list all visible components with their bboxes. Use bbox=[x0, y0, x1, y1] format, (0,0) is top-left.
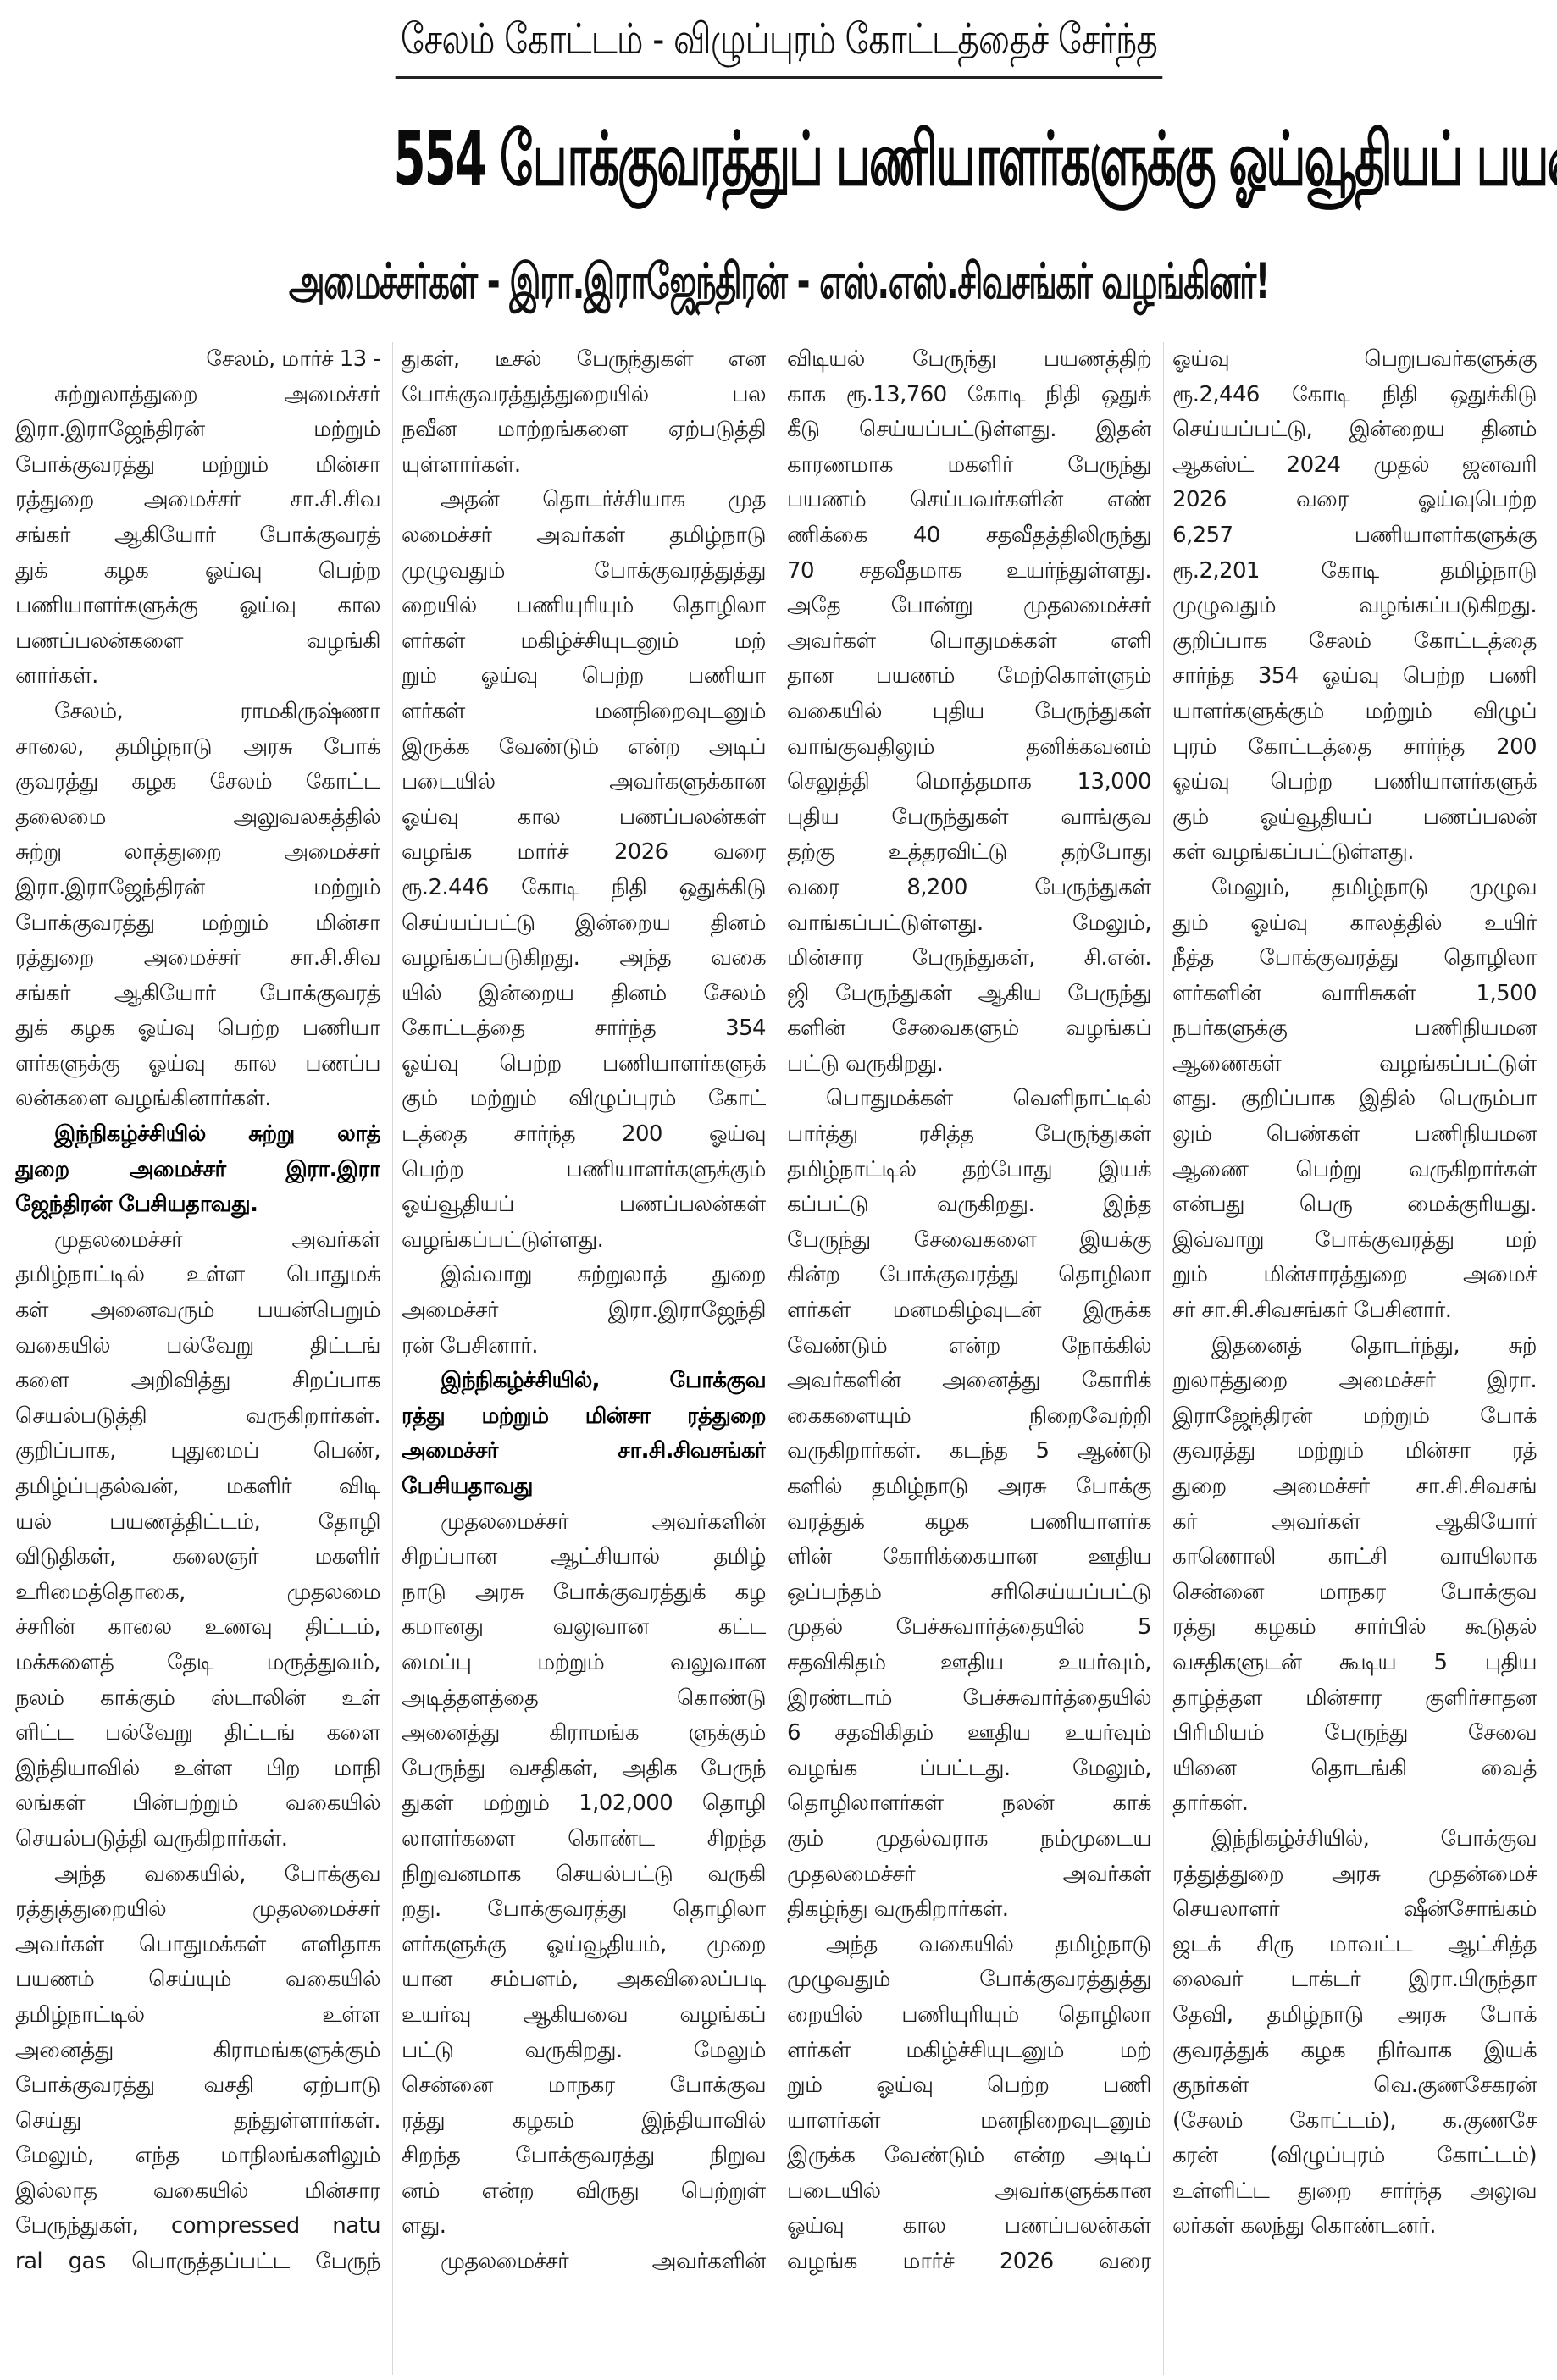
article-text-line: பேருந்து சேவைகளை இயக்கு bbox=[787, 1223, 1151, 1259]
article-text-line: மின்சார பேருந்துகள், சி.என். bbox=[787, 941, 1151, 977]
headline-container: 554 போக்குவரத்துப் பணியாளர்களுக்கு ஓய்வூ… bbox=[0, 100, 1557, 219]
article-text-line: இருக்க வேண்டும் என்ற அடிப் bbox=[402, 730, 766, 766]
article-text-line: பெற்ற பணியாளர்களுக்கும் bbox=[402, 1153, 766, 1188]
article-text-line: ளது. bbox=[402, 2209, 766, 2244]
article-text-line: றுலாத்துறை அமைச்சர் இரா. bbox=[1172, 1364, 1537, 1399]
article-text-line: தார்கள். bbox=[1172, 1786, 1537, 1822]
article-text-line: இந்தியாவில் உள்ள பிற மாநி bbox=[15, 1752, 380, 1787]
article-text-line: இவ்வாறு போக்குவரத்து மற் bbox=[1172, 1223, 1537, 1259]
article-text-line: முதல் பேச்சுவார்த்தையில் 5 bbox=[787, 1610, 1151, 1646]
article-body: சேலம், மார்ச் 13 -சுற்றுலாத்துறை அமைச்சர… bbox=[7, 342, 1550, 2375]
article-text-line: வகையில் புதிய பேருந்துகள் bbox=[787, 695, 1151, 730]
article-text-line: மைப்பு மற்றும் வலுவான bbox=[402, 1646, 766, 1681]
article-text-line: ணிக்கை 40 சதவீதத்திலிருந்து bbox=[787, 518, 1151, 554]
article-text-line: துகள் மற்றும் 1,02,000 தொழி bbox=[402, 1786, 766, 1822]
article-text-line: முதலமைச்சர் அவர்களின் bbox=[402, 1505, 766, 1541]
article-text-line: ளர்களுக்கு ஓய்வு கால பணப்ப bbox=[15, 1047, 380, 1082]
article-text-line: லாளர்களை கொண்ட சிறந்த bbox=[402, 1822, 766, 1857]
article-text-line: ஓய்வு பெறுபவர்களுக்கு bbox=[1172, 342, 1537, 378]
article-text-line: செயலாளர் ஷீன்சோங்கம் bbox=[1172, 1892, 1537, 1928]
article-text-line: சென்னை மாநகர போக்குவ bbox=[1172, 1575, 1537, 1611]
article-text-line: அவர்கள் பொதுமக்கள் எளி bbox=[787, 624, 1151, 660]
article-text-line: ச்சரின் காலை உணவு திட்டம், bbox=[15, 1610, 380, 1646]
article-text-line: றது. போக்குவரத்து தொழிலா bbox=[402, 1892, 766, 1928]
article-text-line: துக் கழக ஓய்வு பெற்ற பணியா bbox=[15, 1011, 380, 1047]
article-text-line: லர்கள் கலந்து கொண்டனர். bbox=[1172, 2209, 1537, 2244]
article-text-line: குவரத்துக் கழக நிர்வாக இயக் bbox=[1172, 2034, 1537, 2069]
article-text-line: போக்குவரத்து வசதி ஏற்பாடு bbox=[15, 2068, 380, 2104]
article-text-line: ளர்கள் மனமகிழ்வுடன் இருக்க bbox=[787, 1293, 1151, 1329]
article-text-line: புதிய பேருந்துகள் வாங்குவ bbox=[787, 800, 1151, 836]
article-text-line: செய்யப்பட்டு இன்றைய தினம் bbox=[402, 906, 766, 942]
article-text-line: அந்த வகையில், போக்குவ bbox=[15, 1857, 380, 1893]
article-text-line: ரத்து கழகம் இந்தியாவில் bbox=[402, 2104, 766, 2139]
article-text-line: ரூ.2,446 கோடி நிதி ஒதுக்கிடு bbox=[1172, 378, 1537, 413]
article-text-line: நாடு அரசு போக்குவரத்துக் கழ bbox=[402, 1575, 766, 1611]
article-text-line: சென்னை மாநகர போக்குவ bbox=[402, 2068, 766, 2104]
article-text-line: அனைத்து கிராமங்க ளுக்கும் bbox=[402, 1716, 766, 1752]
article-text-line: கைகளையும் நிறைவேற்றி bbox=[787, 1399, 1151, 1435]
article-text-line: யினை தொடங்கி வைத் bbox=[1172, 1752, 1537, 1787]
article-text-line: முழுவதும் போக்குவரத்துத்து bbox=[402, 554, 766, 589]
article-text-line: ஆணைகள் வழங்கப்பட்டுள் bbox=[1172, 1047, 1537, 1082]
article-text-line: யாளர்களுக்கும் மற்றும் விழுப் bbox=[1172, 695, 1537, 730]
article-text-line: பட்டு வருகிறது. bbox=[787, 1047, 1151, 1082]
article-text-line: 2026 வரை ஓய்வுபெற்ற bbox=[1172, 483, 1537, 518]
article-text-line: இராஜேந்திரன் மற்றும் போக் bbox=[1172, 1399, 1537, 1435]
article-text-line: தமிழ்நாட்டில் உள்ள பொதுமக் bbox=[15, 1258, 380, 1293]
article-text-line: ரூ.2.446 கோடி நிதி ஒதுக்கிடு bbox=[402, 871, 766, 906]
article-text-line: பணியாளர்களுக்கு ஓய்வு கால bbox=[15, 589, 380, 624]
article-text-line: ளின் கோரிக்கையான ஊதிய bbox=[787, 1540, 1151, 1575]
article-text-line: ரத்து மற்றும் மின்சா ரத்துறை bbox=[402, 1399, 766, 1435]
article-text-line: ஆகஸ்ட் 2024 முதல் ஜனவரி bbox=[1172, 448, 1537, 484]
article-text-line: ஓய்வு கால பணப்பலன்கள் bbox=[402, 800, 766, 836]
article-text-line: இரண்டாம் பேச்சுவார்த்தையில் bbox=[787, 1681, 1151, 1717]
article-text-line: 6,257 பணியாளர்களுக்கு bbox=[1172, 518, 1537, 554]
article-text-line: ளர்கள் மகிழ்ச்சியுடனும் மற் bbox=[402, 624, 766, 660]
kicker-headline: சேலம் கோட்டம் - விழுப்புரம் கோட்டத்தைச் … bbox=[395, 5, 1162, 79]
article-text-line: ரத்துறை அமைச்சர் சா.சி.சிவ bbox=[15, 941, 380, 977]
article-text-line: உள்ளிட்ட துறை சார்ந்த அலுவ bbox=[1172, 2174, 1537, 2210]
article-text-line: படையில் அவர்களுக்கான bbox=[402, 765, 766, 800]
article-text-line: சுற்றுலாத்துறை அமைச்சர் bbox=[15, 378, 380, 413]
article-text-line: வரத்துக் கழக பணியாளர்க bbox=[787, 1505, 1151, 1541]
article-text-line: வழங்கப்பட்டுள்ளது. bbox=[402, 1223, 766, 1259]
article-text-line: தமிழ்நாட்டில் உள்ள bbox=[15, 1998, 380, 2034]
article-column-4: ஓய்வு பெறுபவர்களுக்குரூ.2,446 கோடி நிதி … bbox=[1163, 342, 1549, 2375]
article-text-line: சிறப்பான ஆட்சியால் தமிழ் bbox=[402, 1540, 766, 1575]
article-text-line: குறிப்பாக சேலம் கோட்டத்தை bbox=[1172, 624, 1537, 660]
article-text-line: தற்கு உத்தரவிட்டு தற்போது bbox=[787, 835, 1151, 871]
article-text-line: லமைச்சர் அவர்கள் தமிழ்நாடு bbox=[402, 518, 766, 554]
article-text-line: ரத்துறை அமைச்சர் சா.சி.சிவ bbox=[15, 483, 380, 518]
newspaper-article-page: சேலம் கோட்டம் - விழுப்புரம் கோட்டத்தைச் … bbox=[0, 0, 1557, 2380]
main-headline: 554 போக்குவரத்துப் பணியாளர்களுக்கு ஓய்வூ… bbox=[394, 100, 1557, 219]
article-text-line: இருக்க வேண்டும் என்ற அடிப் bbox=[787, 2139, 1151, 2174]
article-text-line: 70 சதவீதமாக உயர்ந்துள்ளது. bbox=[787, 554, 1151, 589]
article-text-line: நலம் காக்கும் ஸ்டாலின் உள் bbox=[15, 1681, 380, 1717]
article-text-line: இதனைத் தொடர்ந்து, சுற் bbox=[1172, 1329, 1537, 1364]
article-text-line: ளிட்ட பல்வேறு திட்டங் களை bbox=[15, 1716, 380, 1752]
article-text-line: சங்கர் ஆகியோர் போக்குவரத் bbox=[15, 977, 380, 1012]
article-text-line: முதலமைச்சர் அவர்களின் bbox=[402, 2244, 766, 2280]
article-text-line: சேலம், ராமகிருஷ்ணா bbox=[15, 695, 380, 730]
article-text-line: தமிழ்நாட்டில் தற்போது இயக் bbox=[787, 1153, 1151, 1188]
article-text-line: பட்டு வருகிறது. மேலும் bbox=[402, 2034, 766, 2069]
article-text-line: செலுத்தி மொத்தமாக 13,000 bbox=[787, 765, 1151, 800]
article-text-line: பயணம் செய்பவர்களின் எண் bbox=[787, 483, 1151, 518]
article-text-line: மேலும், எந்த மாநிலங்களிலும் bbox=[15, 2139, 380, 2174]
article-text-line: ஜேந்திரன் பேசியதாவது. bbox=[15, 1187, 380, 1223]
article-text-line: போக்குவரத்து மற்றும் மின்சா bbox=[15, 906, 380, 942]
article-column-1: சேலம், மார்ச் 13 -சுற்றுலாத்துறை அமைச்சர… bbox=[7, 342, 392, 2375]
article-text-line: யான சம்பளம், அகவிலைப்படி bbox=[402, 1962, 766, 1998]
article-text-line: ஆணை பெற்று வருகிறார்கள் bbox=[1172, 1153, 1537, 1188]
article-text-line: வழங்க மார்ச் 2026 வரை bbox=[787, 2244, 1151, 2280]
article-text-line: (சேலம் கோட்டம்), க.குணசே bbox=[1172, 2104, 1537, 2139]
article-text-line: நவீன மாற்றங்களை ஏற்படுத்தி bbox=[402, 412, 766, 448]
article-text-line: கும் மற்றும் விழுப்புரம் கோட் bbox=[402, 1082, 766, 1117]
article-text-line: இந்நிகழ்ச்சியில் சுற்று லாத் bbox=[15, 1117, 380, 1153]
article-text-line: கள் வழங்கப்பட்டுள்ளது. bbox=[1172, 835, 1537, 871]
article-text-line: துக் கழக ஓய்வு பெற்ற bbox=[15, 554, 380, 589]
article-text-line: நபர்களுக்கு பணிநியமன bbox=[1172, 1011, 1537, 1047]
article-text-line: லும் பெண்கள் பணிநியமன bbox=[1172, 1117, 1537, 1153]
article-text-line: 6 சதவிகிதம் ஊதிய உயர்வும் bbox=[787, 1716, 1151, 1752]
article-text-line: குறிப்பாக, புதுமைப் பெண், bbox=[15, 1434, 380, 1470]
article-text-line: லங்கள் பின்பற்றும் வகையில் bbox=[15, 1786, 380, 1822]
article-text-line: துகள், டீசல் பேருந்துகள் என bbox=[402, 342, 766, 378]
article-text-line: தொழிலாளர்கள் நலன் காக் bbox=[787, 1786, 1151, 1822]
article-text-line: கீடு செய்யப்பட்டுள்ளது. இதன் bbox=[787, 412, 1151, 448]
article-text-line: அதே போன்று முதலமைச்சர் bbox=[787, 589, 1151, 624]
article-text-line: அமைச்சர் சா.சி.சிவசங்கர் bbox=[402, 1434, 766, 1470]
article-text-line: அனைத்து கிராமங்களுக்கும் bbox=[15, 2034, 380, 2069]
article-text-line: குவரத்து கழக சேலம் கோட்ட bbox=[15, 765, 380, 800]
article-text-line: பிரிமியம் பேருந்து சேவை bbox=[1172, 1716, 1537, 1752]
article-text-line: லன்களை வழங்கினார்கள். bbox=[15, 1082, 380, 1117]
article-text-line: வழங்கப்படுகிறது. அந்த வகை bbox=[402, 941, 766, 977]
article-text-line: வகையில் பல்வேறு திட்டங் bbox=[15, 1329, 380, 1364]
article-text-line: வசதிகளுடன் கூடிய 5 புதிய bbox=[1172, 1646, 1537, 1681]
article-text-line: சேலம், மார்ச் 13 - bbox=[15, 342, 380, 378]
article-text-line: ளது. குறிப்பாக இதில் பெரும்பா bbox=[1172, 1082, 1537, 1117]
article-text-line: புரம் கோட்டத்தை சார்ந்த 200 bbox=[1172, 730, 1537, 766]
article-text-line: கும் ஓய்வூதியப் பணப்பலன் bbox=[1172, 800, 1537, 836]
article-text-line: இரா.இராஜேந்திரன் மற்றும் bbox=[15, 412, 380, 448]
article-text-line: போக்குவரத்து மற்றும் மின்சா bbox=[15, 448, 380, 484]
article-text-line: செயல்படுத்தி வருகிறார்கள். bbox=[15, 1399, 380, 1435]
article-text-line: பொதுமக்கள் வெளிநாட்டில் bbox=[787, 1082, 1151, 1117]
article-text-line: றும் ஓய்வு பெற்ற பணி bbox=[787, 2068, 1151, 2104]
subheadline-container: அமைச்சர்கள் - இரா.இராஜேந்திரன் - எஸ்.எஸ்… bbox=[0, 239, 1557, 324]
article-text-line: ஓய்வு பெற்ற பணியாளர்களுக் bbox=[402, 1047, 766, 1082]
article-text-line: ளர்களின் வாரிசுகள் 1,500 bbox=[1172, 977, 1537, 1012]
article-text-line: தாழ்த்தள மின்சார குளிர்சாதன bbox=[1172, 1681, 1537, 1717]
article-text-line: கின்ற போக்குவரத்து தொழிலா bbox=[787, 1258, 1151, 1293]
article-text-line: இந்நிகழ்ச்சியில், போக்குவ bbox=[1172, 1822, 1537, 1857]
article-text-line: சங்கர் ஆகியோர் போக்குவரத் bbox=[15, 518, 380, 554]
article-text-line: யாளர்கள் மனநிறைவுடனும் bbox=[787, 2104, 1151, 2139]
article-text-line: உயர்வு ஆகியவை வழங்கப் bbox=[402, 1998, 766, 2034]
article-text-line: காக ரூ.13,760 கோடி நிதி ஒதுக் bbox=[787, 378, 1151, 413]
article-text-line: படையில் அவர்களுக்கான bbox=[787, 2174, 1151, 2210]
article-text-line: வரை 8,200 பேருந்துகள் bbox=[787, 871, 1151, 906]
article-text-line: தும் ஓய்வு காலத்தில் உயிர் bbox=[1172, 906, 1537, 942]
article-text-line: சதவிகிதம் ஊதிய உயர்வும், bbox=[787, 1646, 1151, 1681]
article-text-line: மக்களைத் தேடி மருத்துவம், bbox=[15, 1646, 380, 1681]
article-text-line: ஓய்வூதியப் பணப்பலன்கள் bbox=[402, 1187, 766, 1223]
article-text-line: காரணமாக மகளிர் பேருந்து bbox=[787, 448, 1151, 484]
article-text-line: இரா.இராஜேந்திரன் மற்றும் bbox=[15, 871, 380, 906]
article-text-line: குவரத்து மற்றும் மின்சா ரத் bbox=[1172, 1434, 1537, 1470]
article-text-line: ஒப்பந்தம் சரிசெய்யப்பட்டு bbox=[787, 1575, 1151, 1611]
article-text-line: தமிழ்ப்புதல்வன், மகளிர் விடி bbox=[15, 1470, 380, 1505]
article-text-line: ளர்கள் மகிழ்ச்சியுடனும் மற் bbox=[787, 2034, 1151, 2069]
article-text-line: நிறுவனமாக செயல்பட்டு வருகி bbox=[402, 1857, 766, 1893]
article-text-line: னார்கள். bbox=[15, 659, 380, 695]
article-text-line: போக்குவரத்துத்துறையில் பல bbox=[402, 378, 766, 413]
article-column-3: விடியல் பேருந்து பயணத்திற்காக ரூ.13,760 … bbox=[778, 342, 1163, 2375]
article-text-line: துறை அமைச்சர் இரா.இரா bbox=[15, 1153, 380, 1188]
article-text-line: வேண்டும் என்ற நோக்கில் bbox=[787, 1329, 1151, 1364]
article-text-line: கள் அனைவரும் பயன்பெறும் bbox=[15, 1293, 380, 1329]
article-text-line: களில் தமிழ்நாடு அரசு போக்கு bbox=[787, 1470, 1151, 1505]
article-text-line: கும் முதல்வராக நம்முடைய bbox=[787, 1822, 1151, 1857]
article-text-line: களின் சேவைகளும் வழங்கப் bbox=[787, 1011, 1151, 1047]
article-text-line: முழுவதும் போக்குவரத்துத்து bbox=[787, 1962, 1151, 1998]
article-text-line: காணொலி காட்சி வாயிலாக bbox=[1172, 1540, 1537, 1575]
article-text-line: ளர்கள் மனநிறைவுடனும் bbox=[402, 695, 766, 730]
article-text-line: பேருந்து வசதிகள், அதிக பேருந் bbox=[402, 1752, 766, 1787]
article-text-line: பயணம் செய்யும் வகையில் bbox=[15, 1962, 380, 1998]
subheadline: அமைச்சர்கள் - இரா.இராஜேந்திரன் - எஸ்.எஸ்… bbox=[289, 239, 1269, 324]
article-text-line: பேருந்துகள், compressed natu bbox=[15, 2209, 380, 2244]
article-text-line: றையில் பணியுரியும் தொழிலா bbox=[402, 589, 766, 624]
article-text-line: அடித்தளத்தை கொண்டு bbox=[402, 1681, 766, 1717]
article-text-line: தலைமை அலுவலகத்தில் bbox=[15, 800, 380, 836]
article-text-line: தேவி, தமிழ்நாடு அரசு போக் bbox=[1172, 1998, 1537, 2034]
article-text-line: சிறந்த போக்குவரத்து நிறுவ bbox=[402, 2139, 766, 2174]
article-text-line: டத்தை சார்ந்த 200 ஓய்வு bbox=[402, 1117, 766, 1153]
article-text-line: தான பயணம் மேற்கொள்ளும் bbox=[787, 659, 1151, 695]
article-text-line: இல்லாத வகையில் மின்சார bbox=[15, 2174, 380, 2210]
article-text-line: லைவர் டாக்டர் இரா.பிருந்தா bbox=[1172, 1962, 1537, 1998]
article-text-line: களை அறிவித்து சிறப்பாக bbox=[15, 1364, 380, 1399]
article-text-line: கப்பட்டு வருகிறது. இந்த bbox=[787, 1187, 1151, 1223]
article-text-line: ரத்துத்துறை அரசு முதன்மைச் bbox=[1172, 1857, 1537, 1893]
article-text-line: ளர்களுக்கு ஓய்வூதியம், முறை bbox=[402, 1928, 766, 1963]
article-text-line: சர் சா.சி.சிவசங்கர் பேசினார். bbox=[1172, 1293, 1537, 1329]
article-text-line: முழுவதும் வழங்கப்படுகிறது. bbox=[1172, 589, 1537, 624]
article-text-line: ரூ.2,201 கோடி தமிழ்நாடு bbox=[1172, 554, 1537, 589]
kicker-container: சேலம் கோட்டம் - விழுப்புரம் கோட்டத்தைச் … bbox=[0, 5, 1557, 79]
article-text-line: அமைச்சர் இரா.இராஜேந்தி bbox=[402, 1293, 766, 1329]
article-text-line: செய்யப்பட்டு, இன்றைய தினம் bbox=[1172, 412, 1537, 448]
article-text-line: செயல்படுத்தி வருகிறார்கள். bbox=[15, 1822, 380, 1857]
article-text-line: வாங்குவதிலும் தனிக்கவனம் bbox=[787, 730, 1151, 766]
article-text-line: ஜடக் சிரு மாவட்ட ஆட்சித்த bbox=[1172, 1928, 1537, 1963]
article-text-line: பார்த்து ரசித்த பேருந்துகள் bbox=[787, 1117, 1151, 1153]
article-text-line: சார்ந்த 354 ஓய்வு பெற்ற பணி bbox=[1172, 659, 1537, 695]
article-text-line: சுற்று லாத்துறை அமைச்சர் bbox=[15, 835, 380, 871]
article-text-line: செய்து தந்துள்ளார்கள். bbox=[15, 2104, 380, 2139]
article-text-line: ஜி பேருந்துகள் ஆகிய பேருந்து bbox=[787, 977, 1151, 1012]
article-text-line: யுள்ளார்கள். bbox=[402, 448, 766, 484]
article-text-line: பணப்பலன்களை வழங்கி bbox=[15, 624, 380, 660]
article-text-line: கரன் (விழுப்புரம் கோட்டம்) bbox=[1172, 2139, 1537, 2174]
article-text-line: ரத்துத்துறையில் முதலமைச்சர் bbox=[15, 1892, 380, 1928]
article-text-line: அதன் தொடர்ச்சியாக முத bbox=[402, 483, 766, 518]
article-text-line: அந்த வகையில் தமிழ்நாடு bbox=[787, 1928, 1151, 1963]
article-text-line: ஓய்வு பெற்ற பணியாளர்களுக் bbox=[1172, 765, 1537, 800]
article-text-line: வழங்க மார்ச் 2026 வரை bbox=[402, 835, 766, 871]
article-text-line: கர் அவர்கள் ஆகியோர் bbox=[1172, 1505, 1537, 1541]
article-text-line: னம் என்ற விருது பெற்றுள் bbox=[402, 2174, 766, 2210]
article-text-line: அவர்களின் அனைத்து கோரிக் bbox=[787, 1364, 1151, 1399]
article-text-line: முதலமைச்சர் அவர்கள் bbox=[15, 1223, 380, 1259]
article-text-line: ஓய்வு கால பணப்பலன்கள் bbox=[787, 2209, 1151, 2244]
article-text-line: கோட்டத்தை சார்ந்த 354 bbox=[402, 1011, 766, 1047]
article-text-line: குநர்கள் வெ.குணசேகரன் bbox=[1172, 2068, 1537, 2104]
article-text-line: இந்நிகழ்ச்சியில், போக்குவ bbox=[402, 1364, 766, 1399]
article-text-line: அவர்கள் பொதுமக்கள் எளிதாக bbox=[15, 1928, 380, 1963]
article-text-line: ral gas பொருத்தப்பட்ட பேருந் bbox=[15, 2244, 380, 2280]
article-text-line: விடுதிகள், கலைஞர் மகளிர் bbox=[15, 1540, 380, 1575]
article-text-line: விடியல் பேருந்து பயணத்திற் bbox=[787, 342, 1151, 378]
article-text-line: இவ்வாறு சுற்றுலாத் துறை bbox=[402, 1258, 766, 1293]
article-text-line: வழங்க ப்பட்டது. மேலும், bbox=[787, 1752, 1151, 1787]
article-text-line: ரன் பேசினார். bbox=[402, 1329, 766, 1364]
article-text-line: றையில் பணியுரியும் தொழிலா bbox=[787, 1998, 1151, 2034]
article-text-line: யில் இன்றைய தினம் சேலம் bbox=[402, 977, 766, 1012]
article-text-line: முதலமைச்சர் அவர்கள் bbox=[787, 1857, 1151, 1893]
article-text-line: என்பது பெரு மைக்குரியது. bbox=[1172, 1187, 1537, 1223]
article-text-line: சாலை, தமிழ்நாடு அரசு போக் bbox=[15, 730, 380, 766]
article-text-line: மேலும், தமிழ்நாடு முழுவ bbox=[1172, 871, 1537, 906]
article-text-line: றும் மின்சாரத்துறை அமைச் bbox=[1172, 1258, 1537, 1293]
article-text-line: வருகிறார்கள். கடந்த 5 ஆண்டு bbox=[787, 1434, 1151, 1470]
article-text-line: பேசியதாவது bbox=[402, 1470, 766, 1505]
article-column-2: துகள், டீசல் பேருந்துகள் எனபோக்குவரத்துத… bbox=[392, 342, 778, 2375]
article-text-line: யல் பயணத்திட்டம், தோழி bbox=[15, 1505, 380, 1541]
article-text-line: உரிமைத்தொகை, முதலமை bbox=[15, 1575, 380, 1611]
article-text-line: திகழ்ந்து வருகிறார்கள். bbox=[787, 1892, 1151, 1928]
article-text-line: கமானது வலுவான கட்ட bbox=[402, 1610, 766, 1646]
article-text-line: ரத்து கழகம் சார்பில் கூடுதல் bbox=[1172, 1610, 1537, 1646]
article-text-line: துறை அமைச்சர் சா.சி.சிவசங் bbox=[1172, 1470, 1537, 1505]
article-text-line: வாங்கப்பட்டுள்ளது. மேலும், bbox=[787, 906, 1151, 942]
article-text-line: றும் ஓய்வு பெற்ற பணியா bbox=[402, 659, 766, 695]
article-text-line: நீத்த போக்குவரத்து தொழிலா bbox=[1172, 941, 1537, 977]
